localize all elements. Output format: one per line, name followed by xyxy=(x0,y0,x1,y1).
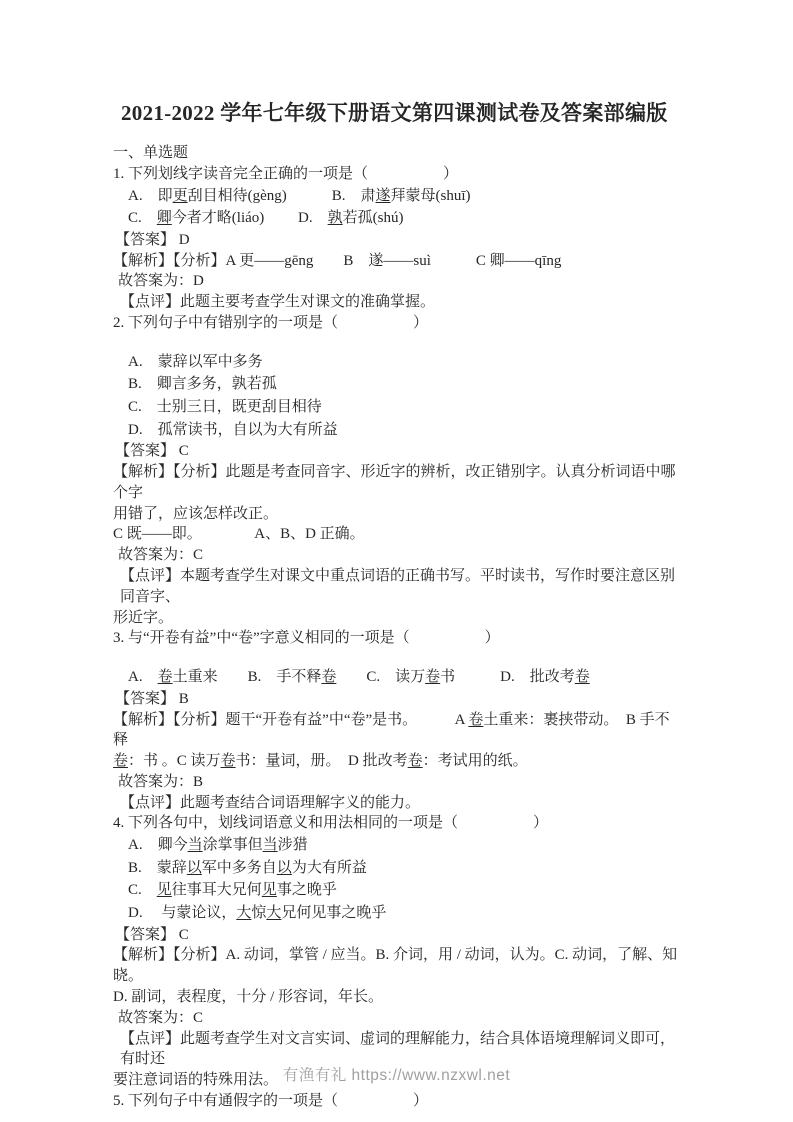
question-4-answer: 【答案】 C xyxy=(113,925,681,946)
text-segment: 用错了，应该怎样改正。 xyxy=(113,506,278,522)
question-3-answer: 【答案】 B xyxy=(113,689,681,710)
text-segment: B. 蒙辞 xyxy=(128,860,187,876)
underlined-text: 卷 xyxy=(158,669,173,685)
text-segment: 今者才略(liáo) D. xyxy=(172,210,328,226)
text-segment: 故答案为：B xyxy=(118,774,203,790)
underlined-text: 卷 xyxy=(575,669,590,685)
question-1-analysis: 【解析】【分析】A 更——gēng B 遂——suì C 卿——qīng xyxy=(113,251,681,272)
text-segment: 【点评】此题主要考查学生对课文的准确掌握。 xyxy=(120,294,435,310)
text-segment: A. xyxy=(128,669,158,685)
document-title: 2021-2022 学年七年级下册语文第四课测试卷及答案部编版 xyxy=(121,98,681,128)
text-segment: D. 孤常读书，自以为大有所益 xyxy=(128,422,338,438)
underlined-text: 以 xyxy=(187,860,202,876)
text-segment: B. 卿言多务，孰若孤 xyxy=(128,376,277,392)
question-4-conclusion: 故答案为：C xyxy=(113,1008,681,1029)
question-1-option-row-cd: C. 卿今者才略(liáo) D. 孰若孤(shú) xyxy=(113,207,681,230)
text-segment: 若孤(shú) xyxy=(343,210,404,226)
underlined-text: 见 xyxy=(157,882,172,898)
document-page: 2021-2022 学年七年级下册语文第四课测试卷及答案部编版 一、单选题1. … xyxy=(0,0,793,1122)
text-segment: 书 D. 批改考 xyxy=(440,669,575,685)
question-1-option-row-ab: A. 即更刮目相待(gèng) B. 肃遂拜蒙母(shuī) xyxy=(113,185,681,208)
underlined-text: 见 xyxy=(262,882,277,898)
text-segment: 【答案】 B xyxy=(115,691,189,707)
question-2-conclusion: 故答案为：C xyxy=(113,545,681,566)
question-2-analysis: 【解析】【分析】此题是考查同音字、形近字的辨析，改正错别字。认真分析词语中哪个字 xyxy=(113,462,681,504)
text-segment: 故答案为：D xyxy=(118,273,204,289)
text-segment: 兄何见事之晚乎 xyxy=(281,905,386,921)
text-segment: ：考试用的纸。 xyxy=(423,753,528,769)
text-segment: 【点评】此题考查结合词语理解字义的能力。 xyxy=(120,795,420,811)
text-segment: 2. 下列句子中有错别字的一项是（ ） xyxy=(113,315,428,331)
question-2-analysis-detail: C 既——即。 A、B、D 正确。 xyxy=(113,524,681,545)
text-segment: 为大有所益 xyxy=(292,860,367,876)
question-2-analysis-cont: 用错了，应该怎样改正。 xyxy=(113,504,681,525)
question-2-option-d: D. 孤常读书，自以为大有所益 xyxy=(113,419,681,442)
text-segment: C 既——即。 A、B、D 正确。 xyxy=(113,526,365,542)
footer-watermark: 有渔有礼 https://www.nzxwl.net xyxy=(0,1063,793,1085)
text-segment: 一、单选题 xyxy=(113,145,188,161)
question-3-comment: 【点评】此题考查结合词语理解字义的能力。 xyxy=(113,793,681,814)
text-segment: 土重来 B. 手不释 xyxy=(173,669,322,685)
text-segment: C. 士别三日，既更刮目相待 xyxy=(128,399,322,415)
underlined-text: 更 xyxy=(173,188,188,204)
text-segment: 军中多务自 xyxy=(202,860,277,876)
question-3-stem: 3. 与“开卷有益”中“卷”字意义相同的一项是（ ） xyxy=(113,628,681,649)
question-4-option-c: C. 见往事耳大兄何见事之晚乎 xyxy=(113,879,681,902)
underlined-text: 孰 xyxy=(328,210,343,226)
blank-line xyxy=(113,334,681,351)
underlined-text: 卷 xyxy=(425,669,440,685)
text-segment: 【解析】【分析】题干“开卷有益”中“卷”是书。 A xyxy=(113,712,468,728)
text-segment: 拜蒙母(shuī) xyxy=(391,188,471,204)
underlined-text: 卷 xyxy=(321,669,336,685)
question-2-option-a: A. 蒙辞以军中多务 xyxy=(113,351,681,374)
blank-line xyxy=(113,649,681,666)
text-segment: 书：量词，册。 D 批改考 xyxy=(236,753,408,769)
text-segment: C. 读万 xyxy=(336,669,425,685)
text-segment: 故答案为：C xyxy=(118,547,203,563)
text-segment: A. 卿今 xyxy=(128,837,188,853)
question-1-comment: 【点评】此题主要考查学生对课文的准确掌握。 xyxy=(113,292,681,313)
question-4-analysis-cont: D. 副词，表程度，十分 / 形容词，年长。 xyxy=(113,987,681,1008)
text-segment: C. xyxy=(128,882,157,898)
text-segment: 1. 下列划线字读音完全正确的一项是（ ） xyxy=(113,166,458,182)
text-segment: 涂掌事但 xyxy=(203,837,263,853)
question-2-option-b: B. 卿言多务，孰若孤 xyxy=(113,373,681,396)
text-segment: 涉猎 xyxy=(278,837,308,853)
question-1-conclusion: 故答案为：D xyxy=(113,271,681,292)
text-segment: A. 即 xyxy=(128,188,173,204)
text-segment: D. 副词，表程度，十分 / 形容词，年长。 xyxy=(113,989,383,1005)
underlined-text: 当 xyxy=(263,837,278,853)
text-segment: 形近字。 xyxy=(113,610,173,626)
text-segment: 【答案】 D xyxy=(115,232,190,248)
underlined-text: 卷 xyxy=(113,753,128,769)
question-1-stem: 1. 下列划线字读音完全正确的一项是（ ） xyxy=(113,164,681,185)
text-segment: 【点评】本题考查学生对课文中重点词语的正确书写。平时读书，写作时要注意区别同音字… xyxy=(120,568,675,605)
question-2-stem: 2. 下列句子中有错别字的一项是（ ） xyxy=(113,313,681,334)
question-2-answer: 【答案】 C xyxy=(113,441,681,462)
text-segment: 惊 xyxy=(251,905,266,921)
text-segment: 刮目相待(gèng) B. 肃 xyxy=(188,188,376,204)
test-paper: 2021-2022 学年七年级下册语文第四课测试卷及答案部编版 一、单选题1. … xyxy=(113,98,681,1112)
question-2-comment-cont: 形近字。 xyxy=(113,608,681,629)
text-segment: 【答案】 C xyxy=(115,443,189,459)
question-4-option-a: A. 卿今当涂掌事但当涉猎 xyxy=(113,834,681,857)
underlined-text: 卷 xyxy=(468,712,483,728)
question-4-stem: 4. 下列各句中，划线词语意义和用法相同的一项是（ ） xyxy=(113,813,681,834)
text-segment: 故答案为：C xyxy=(118,1010,203,1026)
text-segment: 事之晚乎 xyxy=(277,882,337,898)
text-segment: 【答案】 C xyxy=(115,927,189,943)
question-4-analysis: 【解析】【分析】A. 动词，掌管 / 应当。B. 介词，用 / 动词，认为。C.… xyxy=(113,945,681,987)
underlined-text: 卿 xyxy=(157,210,172,226)
question-3-analysis-cont: 卷：书 。C 读万卷书：量词，册。 D 批改考卷：考试用的纸。 xyxy=(113,751,681,772)
underlined-text: 大 xyxy=(266,905,281,921)
underlined-text: 大 xyxy=(236,905,251,921)
text-segment: 【解析】【分析】此题是考查同音字、形近字的辨析，改正错别字。认真分析词语中哪个字 xyxy=(113,464,676,501)
question-4-option-d: D. 与蒙论议，大惊大兄何见事之晚乎 xyxy=(113,902,681,925)
text-segment: ：书 。C 读万 xyxy=(128,753,221,769)
text-segment: 【解析】【分析】A 更——gēng B 遂——suì C 卿——qīng xyxy=(113,253,561,269)
question-5-stem: 5. 下列句子中有通假字的一项是（ ） xyxy=(113,1091,681,1112)
question-3-option-row: A. 卷土重来 B. 手不释卷 C. 读万卷书 D. 批改考卷 xyxy=(113,666,681,689)
question-1-answer: 【答案】 D xyxy=(113,230,681,251)
text-segment: A. 蒙辞以军中多务 xyxy=(128,354,263,370)
question-2-comment: 【点评】本题考查学生对课文中重点词语的正确书写。平时读书，写作时要注意区别同音字… xyxy=(113,566,681,608)
text-segment: 往事耳大兄何 xyxy=(172,882,262,898)
section-heading: 一、单选题 xyxy=(113,143,681,164)
underlined-text: 以 xyxy=(277,860,292,876)
text-segment: 【点评】此题考查学生对文言实词、虚词的理解能力，结合具体语境理解词义即可，有时还 xyxy=(120,1031,675,1068)
text-segment: 4. 下列各句中，划线词语意义和用法相同的一项是（ ） xyxy=(113,815,548,831)
underlined-text: 遂 xyxy=(376,188,391,204)
text-segment: 3. 与“开卷有益”中“卷”字意义相同的一项是（ ） xyxy=(113,630,500,646)
text-segment: 【解析】【分析】A. 动词，掌管 / 应当。B. 介词，用 / 动词，认为。C.… xyxy=(113,947,677,984)
underlined-text: 卷 xyxy=(221,753,236,769)
question-4-option-b: B. 蒙辞以军中多务自以为大有所益 xyxy=(113,857,681,880)
document-lines: 一、单选题1. 下列划线字读音完全正确的一项是（ ）A. 即更刮目相待(gèng… xyxy=(113,143,681,1112)
text-segment: D. 与蒙论议， xyxy=(128,905,236,921)
question-3-analysis: 【解析】【分析】题干“开卷有益”中“卷”是书。 A 卷土重来：裹挟带动。 B 手… xyxy=(113,710,681,752)
question-2-option-c: C. 士别三日，既更刮目相待 xyxy=(113,396,681,419)
question-3-conclusion: 故答案为：B xyxy=(113,772,681,793)
text-segment: 5. 下列句子中有通假字的一项是（ ） xyxy=(113,1093,428,1109)
underlined-text: 卷 xyxy=(408,753,423,769)
underlined-text: 当 xyxy=(188,837,203,853)
text-segment: C. xyxy=(128,210,157,226)
